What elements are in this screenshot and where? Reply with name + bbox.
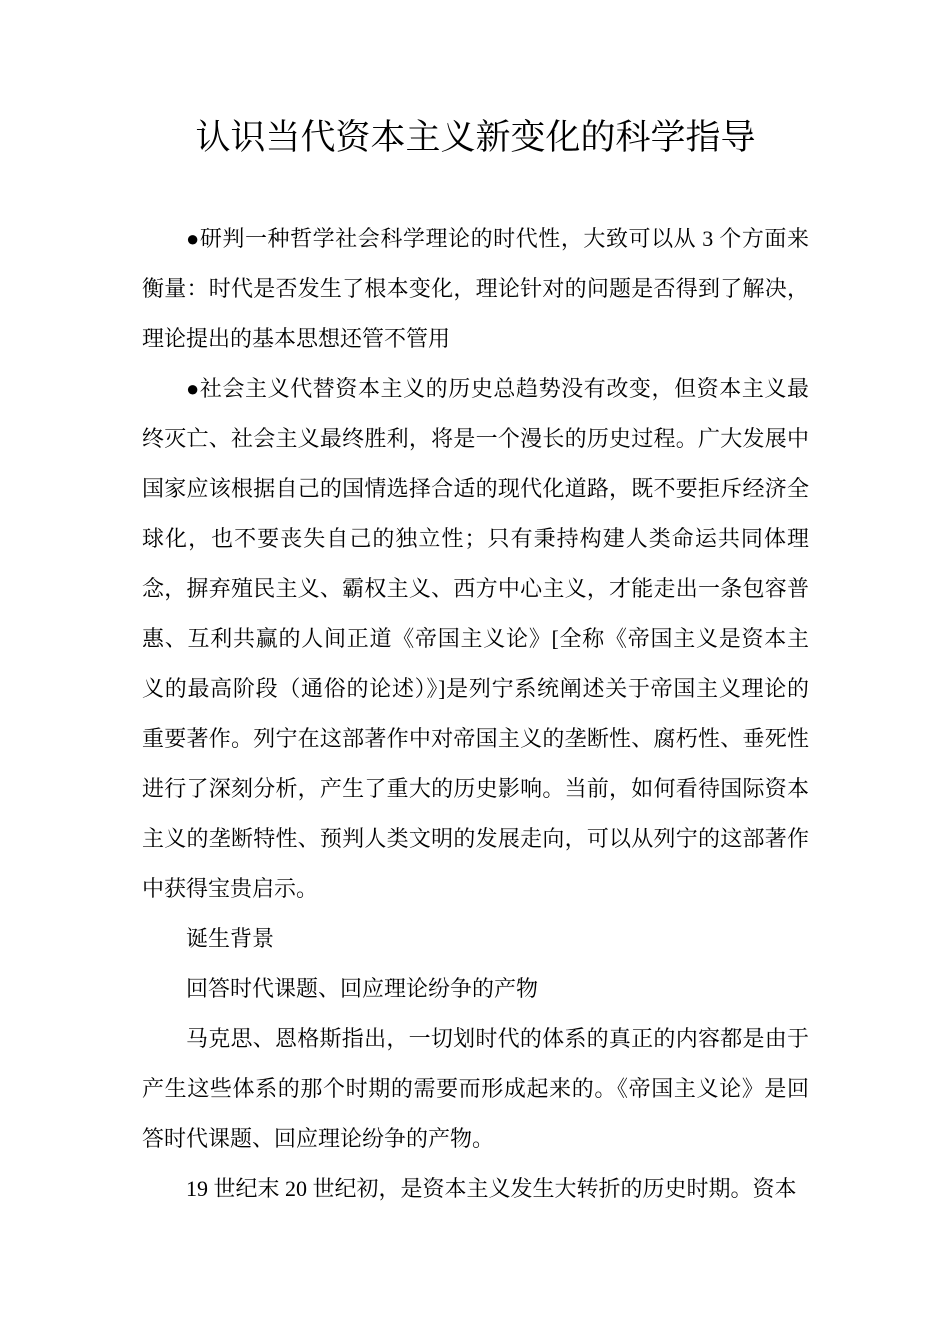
document-page: 认识当代资本主义新变化的科学指导 ●研判一种哲学社会科学理论的时代性，大致可以从… xyxy=(0,0,950,1344)
body-paragraph-marx-engels: 马克思、恩格斯指出，一切划时代的体系的真正的内容都是由于产生这些体系的那个时期的… xyxy=(142,1014,809,1164)
section-heading-birth-background: 诞生背景 xyxy=(142,914,809,964)
document-body: ●研判一种哲学社会科学理论的时代性，大致可以从 3 个方面来衡量：时代是否发生了… xyxy=(142,214,809,1214)
page-title: 认识当代资本主义新变化的科学指导 xyxy=(142,0,809,160)
subsection-heading-answer-era-topic: 回答时代课题、回应理论纷争的产物 xyxy=(142,964,809,1014)
bullet-paragraph-2: ●社会主义代替资本主义的历史总趋势没有改变，但资本主义最终灭亡、社会主义最终胜利… xyxy=(142,364,809,914)
bullet-paragraph-1: ●研判一种哲学社会科学理论的时代性，大致可以从 3 个方面来衡量：时代是否发生了… xyxy=(142,214,809,364)
body-paragraph-19th-century: 19 世纪末 20 世纪初，是资本主义发生大转折的历史时期。资本 xyxy=(142,1164,809,1214)
